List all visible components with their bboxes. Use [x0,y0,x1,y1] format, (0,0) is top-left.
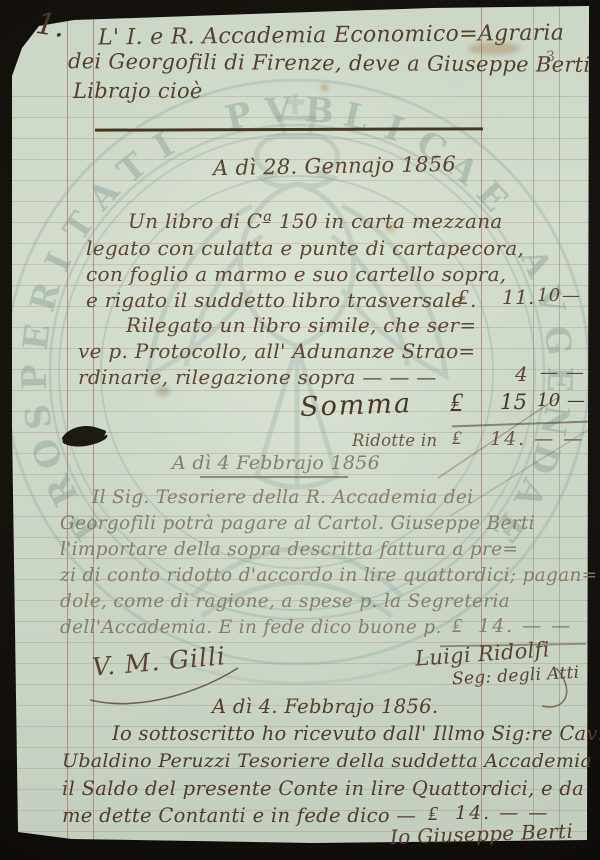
ink-blot [62,426,108,446]
signature-left: V. M. Gilli [91,641,227,682]
item2-denari: — [566,362,584,383]
authorization-line: dell'Accademia. E in fede dico buone p. [60,617,442,638]
authorization-date: A dì 4 Febbrajo 1856 [172,452,380,474]
receipt-date: A dì 4. Febbrajo 1856. [212,695,438,718]
item2-line: Rilegato un libro simile, che ser= [126,313,476,337]
header-line-3: Librajo cioè [73,79,203,103]
receipt-line: me dette Contanti e in fede dico — [62,804,416,827]
somma-lire: 15 [500,390,527,414]
authorization-currency: ₤ [452,613,462,638]
authorization-amount: 14. — — [478,615,572,637]
receipt-signature: Io Giuseppe Berti [390,819,574,849]
item2-line: rdinarie, rilegazione sopra — — — [78,365,437,389]
receipt-currency: ₤ [428,801,438,826]
authorization-line: zi di conto ridotto d'accordo in lire qu… [60,565,597,586]
authorization-line: dole, come di ragione, a spese p. la Seg… [60,591,510,612]
paper-stain [156,386,170,396]
somma-soldi: 10 [537,390,561,411]
authorization-line: l'importare della sopra descritta fattur… [60,539,518,560]
item1-line: Un libro di Cª 150 in carta mezzana [128,209,503,233]
receipt-line: Io sottoscritto ho ricevuto dall' Illmo … [112,722,600,745]
item2-lire: 4 [515,362,528,386]
item1-denari: — [562,285,580,306]
authorization-line: Georgofili potrà pagare al Cartol. Giuse… [60,513,535,534]
receipt-line: Ubaldino Peruzzi Tesoriere della suddett… [62,750,592,772]
somma-label: Somma [299,388,412,423]
item1-line: e rigato il suddetto libro trasversale . [86,288,477,312]
item1-currency: ₤ [458,285,469,310]
ridotte-text: Ridotte in [352,431,437,450]
somma-denari: — [567,390,585,411]
header-line-2: dei Georgofili di Firenze, deve a Giusep… [68,49,591,77]
ridotte-currency: ₤ [452,427,462,450]
item2-line: ve p. Protocollo, all' Adunanze Strao= [78,339,475,363]
item1-line: legato con culatta e punte di cartapecor… [86,236,524,260]
item1-lire: 11. [502,285,535,309]
item1-soldi: 10 [537,285,561,306]
horizontal-rule [95,127,483,131]
authorization-date-underline [200,476,348,478]
ridotte-amount: 14. — — [490,428,584,450]
receipt-line: il Saldo del presente Conte in lire Quat… [62,777,584,800]
entry-date-january: A dì 28. Gennajo 1856 [213,152,456,180]
item2-soldi: — [540,362,558,383]
authorization-line: Il Sig. Tesoriere della R. Accademia dei [92,487,473,508]
paper-stain [321,84,328,91]
somma-underline [452,421,588,427]
paper-stain [386,224,395,232]
somma-currency: ₤ [450,388,463,418]
manuscript-content: 1. 3 L' I. e R. Accademia Economico=Agra… [0,0,600,860]
item1-line: con foglio a marmo e suo cartello sopra, [86,262,506,286]
ink-smudge [468,42,520,55]
folio-number-left: 1. [33,6,67,45]
